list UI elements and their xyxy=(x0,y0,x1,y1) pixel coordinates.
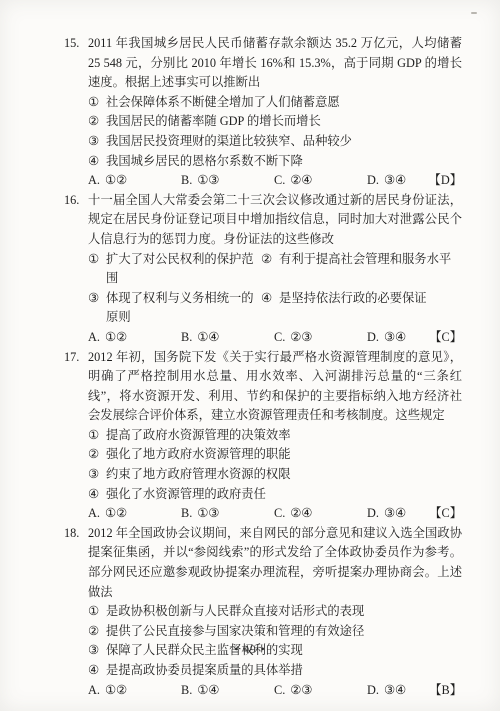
choice-c: C.②④ xyxy=(274,171,367,191)
question-number: 18. xyxy=(64,524,88,602)
option-text: 约束了地方政府管理水资源的权限 xyxy=(106,465,290,485)
question-stem: 十一届全国人大常委会第二十三次会议修改通过新的居民身份证法，规定在居民身份证登记… xyxy=(88,191,462,250)
choice-label: B. xyxy=(181,506,192,520)
option-text: 我国居民投资理财的渠道比较狭窄、品种较少 xyxy=(106,132,352,152)
page-content: 15. 2011 年我国城乡居民人民币储蓄存款余额达 35.2 万亿元，人均储蓄… xyxy=(64,34,462,700)
choice-value: ①② xyxy=(105,330,127,344)
option-marker: ② xyxy=(261,250,272,289)
option-item: ④ 是坚持依法行政的必要保证 xyxy=(261,289,462,328)
option-text: 强化了地方政府水资源管理的职能 xyxy=(106,445,290,465)
answer-badge: 【B】 xyxy=(429,681,462,701)
option-marker: ② xyxy=(88,112,99,132)
choice-value: ①③ xyxy=(197,506,219,520)
exam-page: 15. 2011 年我国城乡居民人民币储蓄存款余额达 35.2 万亿元，人均储蓄… xyxy=(0,0,500,711)
choice-c: C.②④ xyxy=(274,504,367,524)
choice-value: ③④ xyxy=(384,330,406,344)
choice-d: D.③④ xyxy=(367,504,406,524)
question-stem-row: 17. 2012 年初，国务院下发《关于实行最严格水资源管理制度的意见》，明确了… xyxy=(64,348,462,426)
choice-label: B. xyxy=(181,683,192,697)
choice-value: ①③ xyxy=(197,173,219,187)
option-item: ④ 强化了水资源管理的政府责任 xyxy=(88,485,462,505)
question-number: 17. xyxy=(64,348,88,426)
option-item: ① 扩大了对公民权利的保护范围 xyxy=(88,250,261,289)
choice-label: D. xyxy=(367,173,379,187)
choice-c: C.②③ xyxy=(274,681,367,701)
choice-value: ③④ xyxy=(384,506,406,520)
question-stem-row: 15. 2011 年我国城乡居民人民币储蓄存款余额达 35.2 万亿元，人均储蓄… xyxy=(64,34,462,93)
option-marker: ④ xyxy=(88,485,99,505)
option-marker: ① xyxy=(88,93,99,113)
choice-label: D. xyxy=(367,506,379,520)
choice-b: B.①③ xyxy=(181,171,274,191)
scan-artifact xyxy=(471,12,477,14)
option-marker: ① xyxy=(88,602,99,622)
choice-a: A.①② xyxy=(88,328,181,348)
question-15: 15. 2011 年我国城乡居民人民币储蓄存款余额达 35.2 万亿元，人均储蓄… xyxy=(64,34,462,191)
option-item: ② 强化了地方政府水资源管理的职能 xyxy=(88,445,462,465)
option-marker: ④ xyxy=(88,152,99,172)
choice-label: A. xyxy=(88,506,100,520)
choice-a: A.①② xyxy=(88,171,181,191)
choice-a: A.①② xyxy=(88,504,181,524)
choice-label: C. xyxy=(274,506,285,520)
option-item: ① 提高了政府水资源管理的决策效率 xyxy=(88,426,462,446)
choice-d: D.③④ xyxy=(367,328,406,348)
choice-row: A.①② B.①③ C.②④ D.③④ 【D】 xyxy=(64,171,462,191)
option-text: 扩大了对公民权利的保护范围 xyxy=(106,250,261,289)
choice-value: ②④ xyxy=(290,506,312,520)
option-text: 是坚持依法行政的必要保证 xyxy=(279,289,427,328)
question-stem: 2011 年我国城乡居民人民币储蓄存款余额达 35.2 万亿元，人均储蓄 25 … xyxy=(88,34,462,93)
choice-label: B. xyxy=(181,330,192,344)
option-item: ① 社会保障体系不断健全增加了人们储蓄意愿 xyxy=(88,93,462,113)
option-text: 社会保障体系不断健全增加了人们储蓄意愿 xyxy=(106,93,340,113)
option-text: 我国城乡居民的恩格尔系数不断下降 xyxy=(106,152,303,172)
option-marker: ③ xyxy=(88,289,99,328)
choice-label: D. xyxy=(367,683,379,697)
option-list: ① 是政协积极创新与人民群众直接对话形式的表现 ② 提供了公民直接参与国家决策和… xyxy=(64,602,462,680)
choice-value: ③④ xyxy=(384,173,406,187)
answer-badge: 【C】 xyxy=(429,504,462,524)
choice-label: A. xyxy=(88,330,100,344)
option-text: 我国居民的储蓄率随 GDP 的增长而增长 xyxy=(106,112,321,132)
option-text: 是政协积极创新与人民群众直接对话形式的表现 xyxy=(106,602,364,622)
choice-d: D.③④ xyxy=(367,171,406,191)
option-item: ② 有利于提高社会管理和服务水平 xyxy=(261,250,462,289)
choice-value: ③④ xyxy=(384,683,406,697)
question-number: 16. xyxy=(64,191,88,250)
choice-value: ①② xyxy=(105,173,127,187)
choice-row: A.①② B.①④ C.②③ D.③④ 【C】 xyxy=(64,328,462,348)
option-item: ① 是政协积极创新与人民群众直接对话形式的表现 xyxy=(88,602,462,622)
choice-label: A. xyxy=(88,683,100,697)
question-stem-row: 16. 十一届全国人大常委会第二十三次会议修改通过新的居民身份证法，规定在居民身… xyxy=(64,191,462,250)
option-list: ① 提高了政府水资源管理的决策效率 ② 强化了地方政府水资源管理的职能 ③ 约束… xyxy=(64,426,462,504)
option-marker: ④ xyxy=(261,289,272,328)
question-16: 16. 十一届全国人大常委会第二十三次会议修改通过新的居民身份证法，规定在居民身… xyxy=(64,191,462,348)
choice-label: C. xyxy=(274,173,285,187)
option-marker: ④ xyxy=(88,661,99,681)
option-item: ② 提供了公民直接参与国家决策和管理的有效途径 xyxy=(88,622,462,642)
choice-b: B.①④ xyxy=(181,328,274,348)
choice-value: ①④ xyxy=(197,683,219,697)
option-item: ③ 约束了地方政府管理水资源的权限 xyxy=(88,465,462,485)
question-stem: 2012 年全国政协会议期间，来自网民的部分意见和建议入选全国政协提案征集函，并… xyxy=(88,524,462,602)
option-item: ③ 我国居民投资理财的渠道比较狭窄、品种较少 xyxy=(88,132,462,152)
choice-value: ②③ xyxy=(290,330,312,344)
option-list: ① 社会保障体系不断健全增加了人们储蓄意愿 ② 我国居民的储蓄率随 GDP 的增… xyxy=(64,93,462,171)
choice-label: D. xyxy=(367,330,379,344)
option-item: ③ 体现了权利与义务相统一的原则 xyxy=(88,289,261,328)
choice-row: A.①② B.①③ C.②④ D.③④ 【C】 xyxy=(64,504,462,524)
choice-value: ①② xyxy=(105,683,127,697)
question-stem-row: 18. 2012 年全国政协会议期间，来自网民的部分意见和建议入选全国政协提案征… xyxy=(64,524,462,602)
option-marker: ③ xyxy=(88,465,99,485)
answer-badge: 【D】 xyxy=(429,171,462,191)
choice-value: ②④ xyxy=(290,173,312,187)
choice-c: C.②③ xyxy=(274,328,367,348)
option-item: ② 我国居民的储蓄率随 GDP 的增长而增长 xyxy=(88,112,462,132)
choice-value: ②③ xyxy=(290,683,312,697)
option-item: ④ 是提高政协委员提案质量的具体举措 xyxy=(88,661,462,681)
choice-d: D.③④ xyxy=(367,681,406,701)
question-17: 17. 2012 年初，国务院下发《关于实行最严格水资源管理制度的意见》，明确了… xyxy=(64,348,462,524)
option-text: 强化了水资源管理的政府责任 xyxy=(106,485,266,505)
choice-label: B. xyxy=(181,173,192,187)
option-text: 体现了权利与义务相统一的原则 xyxy=(106,289,261,328)
choice-b: B.①④ xyxy=(181,681,274,701)
option-text: 是提高政协委员提案质量的具体举措 xyxy=(106,661,303,681)
choice-row: A.①② B.①④ C.②③ D.③④ 【B】 xyxy=(64,681,462,701)
question-number: 15. xyxy=(64,34,88,93)
choice-label: C. xyxy=(274,330,285,344)
option-marker: ② xyxy=(88,622,99,642)
choice-b: B.①③ xyxy=(181,504,274,524)
answer-badge: 【C】 xyxy=(429,328,462,348)
option-marker: ① xyxy=(88,250,99,289)
option-text: 有利于提高社会管理和服务水平 xyxy=(279,250,451,289)
option-text: 提供了公民直接参与国家决策和管理的有效途径 xyxy=(106,622,364,642)
option-list: ① 扩大了对公民权利的保护范围 ② 有利于提高社会管理和服务水平 ③ 体现了权利… xyxy=(64,250,462,328)
choice-label: A. xyxy=(88,173,100,187)
option-marker: ① xyxy=(88,426,99,446)
option-marker: ③ xyxy=(88,132,99,152)
option-marker: ② xyxy=(88,445,99,465)
option-text: 提高了政府水资源管理的决策效率 xyxy=(106,426,290,446)
choice-value: ①④ xyxy=(197,330,219,344)
question-stem: 2012 年初，国务院下发《关于实行最严格水资源管理制度的意见》，明确了严格控制… xyxy=(88,348,462,426)
page-number: • 49 • xyxy=(0,644,500,656)
choice-label: C. xyxy=(274,683,285,697)
option-item: ④ 我国城乡居民的恩格尔系数不断下降 xyxy=(88,152,462,172)
choice-a: A.①② xyxy=(88,681,181,701)
question-18: 18. 2012 年全国政协会议期间，来自网民的部分意见和建议入选全国政协提案征… xyxy=(64,524,462,700)
choice-value: ①② xyxy=(105,506,127,520)
